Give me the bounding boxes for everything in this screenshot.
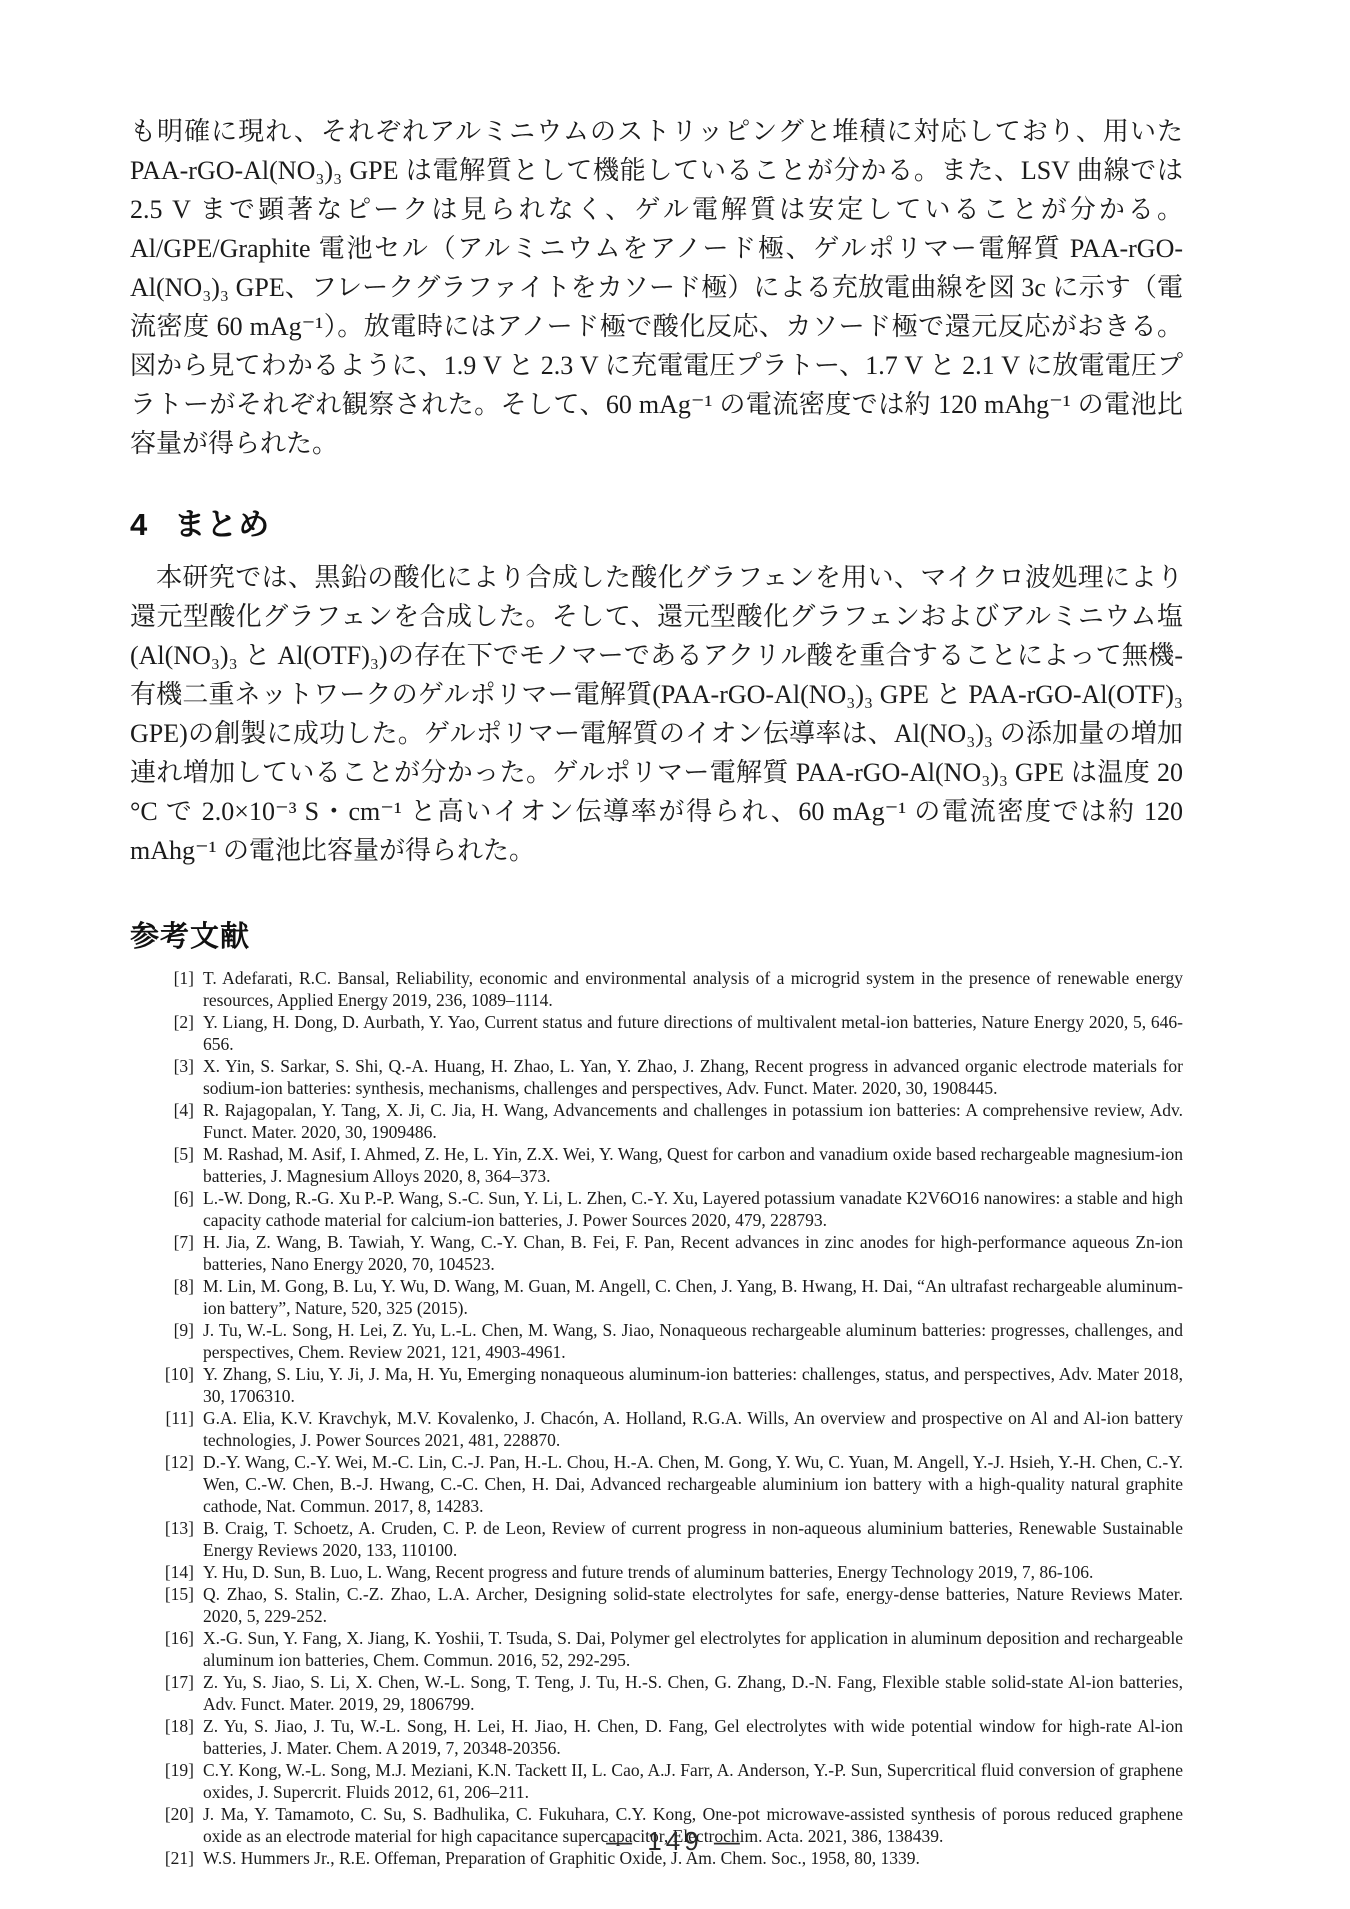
reference-item: [11] G.A. Elia, K.V. Kravchyk, M.V. Kova…	[130, 1407, 1183, 1451]
reference-text: X.-G. Sun, Y. Fang, X. Jiang, K. Yoshii,…	[203, 1628, 1183, 1670]
reference-number: [6]	[130, 1187, 194, 1209]
reference-item: [9] J. Tu, W.-L. Song, H. Lei, Z. Yu, L.…	[130, 1319, 1183, 1363]
reference-text: L.-W. Dong, R.-G. Xu P.-P. Wang, S.-C. S…	[203, 1188, 1183, 1230]
reference-text: Z. Yu, S. Jiao, J. Tu, W.-L. Song, H. Le…	[203, 1716, 1183, 1758]
reference-item: [15] Q. Zhao, S. Stalin, C.-Z. Zhao, L.A…	[130, 1583, 1183, 1627]
reference-number: [18]	[130, 1715, 194, 1737]
section-heading-summary: 4まとめ	[130, 499, 1183, 544]
reference-number: [13]	[130, 1517, 194, 1539]
reference-item: [14] Y. Hu, D. Sun, B. Luo, L. Wang, Rec…	[130, 1561, 1183, 1583]
reference-text: C.Y. Kong, W.-L. Song, M.J. Meziani, K.N…	[203, 1760, 1183, 1802]
reference-number: [10]	[130, 1363, 194, 1385]
reference-item: [17] Z. Yu, S. Jiao, S. Li, X. Chen, W.-…	[130, 1671, 1183, 1715]
reference-text: R. Rajagopalan, Y. Tang, X. Ji, C. Jia, …	[203, 1100, 1183, 1142]
reference-item: [10] Y. Zhang, S. Liu, Y. Ji, J. Ma, H. …	[130, 1363, 1183, 1407]
reference-text: G.A. Elia, K.V. Kravchyk, M.V. Kovalenko…	[203, 1408, 1183, 1450]
reference-item: [6] L.-W. Dong, R.-G. Xu P.-P. Wang, S.-…	[130, 1187, 1183, 1231]
reference-text: Y. Hu, D. Sun, B. Luo, L. Wang, Recent p…	[203, 1562, 1093, 1582]
reference-text: Y. Liang, H. Dong, D. Aurbath, Y. Yao, C…	[203, 1012, 1183, 1054]
reference-number: [7]	[130, 1231, 194, 1253]
reference-text: H. Jia, Z. Wang, B. Tawiah, Y. Wang, C.-…	[203, 1232, 1183, 1274]
summary-paragraph: 本研究では、黒鉛の酸化により合成した酸化グラフェンを用い、マイクロ波処理により還…	[130, 558, 1183, 870]
page-content: も明確に現れ、それぞれアルミニウムのストリッピングと堆積に対応しており、用いた …	[130, 0, 1183, 1869]
reference-text: T. Adefarati, R.C. Bansal, Reliability, …	[203, 968, 1183, 1010]
reference-item: [7] H. Jia, Z. Wang, B. Tawiah, Y. Wang,…	[130, 1231, 1183, 1275]
reference-number: [20]	[130, 1803, 194, 1825]
reference-item: [4] R. Rajagopalan, Y. Tang, X. Ji, C. J…	[130, 1099, 1183, 1143]
reference-number: [16]	[130, 1627, 194, 1649]
reference-number: [12]	[130, 1451, 194, 1473]
reference-text: X. Yin, S. Sarkar, S. Shi, Q.-A. Huang, …	[203, 1056, 1183, 1098]
reference-number: [1]	[130, 967, 194, 989]
reference-item: [16] X.-G. Sun, Y. Fang, X. Jiang, K. Yo…	[130, 1627, 1183, 1671]
reference-number: [15]	[130, 1583, 194, 1605]
references-heading: 参考文献	[130, 914, 1183, 955]
reference-text: M. Lin, M. Gong, B. Lu, Y. Wu, D. Wang, …	[203, 1276, 1183, 1318]
reference-number: [14]	[130, 1561, 194, 1583]
reference-text: Z. Yu, S. Jiao, S. Li, X. Chen, W.-L. So…	[203, 1672, 1183, 1714]
reference-number: [4]	[130, 1099, 194, 1121]
reference-number: [3]	[130, 1055, 194, 1077]
reference-item: [1] T. Adefarati, R.C. Bansal, Reliabili…	[130, 967, 1183, 1011]
reference-item: [5] M. Rashad, M. Asif, I. Ahmed, Z. He,…	[130, 1143, 1183, 1187]
reference-text: M. Rashad, M. Asif, I. Ahmed, Z. He, L. …	[203, 1144, 1183, 1186]
reference-item: [3] X. Yin, S. Sarkar, S. Shi, Q.-A. Hua…	[130, 1055, 1183, 1099]
reference-number: [2]	[130, 1011, 194, 1033]
paper-page: も明確に現れ、それぞれアルミニウムのストリッピングと堆積に対応しており、用いた …	[0, 0, 1350, 1909]
reference-text: Q. Zhao, S. Stalin, C.-Z. Zhao, L.A. Arc…	[203, 1584, 1183, 1626]
reference-item: [12] D.-Y. Wang, C.-Y. Wei, M.-C. Lin, C…	[130, 1451, 1183, 1517]
section-title: まとめ	[174, 507, 270, 542]
reference-text: Y. Zhang, S. Liu, Y. Ji, J. Ma, H. Yu, E…	[203, 1364, 1183, 1406]
reference-item: [13] B. Craig, T. Schoetz, A. Cruden, C.…	[130, 1517, 1183, 1561]
reference-number: [5]	[130, 1143, 194, 1165]
reference-text: D.-Y. Wang, C.-Y. Wei, M.-C. Lin, C.-J. …	[203, 1452, 1183, 1516]
page-number: — 149 —	[0, 1826, 1350, 1857]
reference-number: [8]	[130, 1275, 194, 1297]
reference-item: [18] Z. Yu, S. Jiao, J. Tu, W.-L. Song, …	[130, 1715, 1183, 1759]
reference-text: J. Tu, W.-L. Song, H. Lei, Z. Yu, L.-L. …	[203, 1320, 1183, 1362]
section-number: 4	[130, 507, 148, 542]
reference-item: [8] M. Lin, M. Gong, B. Lu, Y. Wu, D. Wa…	[130, 1275, 1183, 1319]
reference-number: [17]	[130, 1671, 194, 1693]
reference-number: [19]	[130, 1759, 194, 1781]
body-paragraph-continuation: も明確に現れ、それぞれアルミニウムのストリッピングと堆積に対応しており、用いた …	[130, 112, 1183, 463]
reference-text: B. Craig, T. Schoetz, A. Cruden, C. P. d…	[203, 1518, 1183, 1560]
reference-item: [19] C.Y. Kong, W.-L. Song, M.J. Meziani…	[130, 1759, 1183, 1803]
reference-number: [11]	[130, 1407, 194, 1429]
reference-list: [1] T. Adefarati, R.C. Bansal, Reliabili…	[130, 967, 1183, 1869]
reference-item: [2] Y. Liang, H. Dong, D. Aurbath, Y. Ya…	[130, 1011, 1183, 1055]
reference-number: [9]	[130, 1319, 194, 1341]
